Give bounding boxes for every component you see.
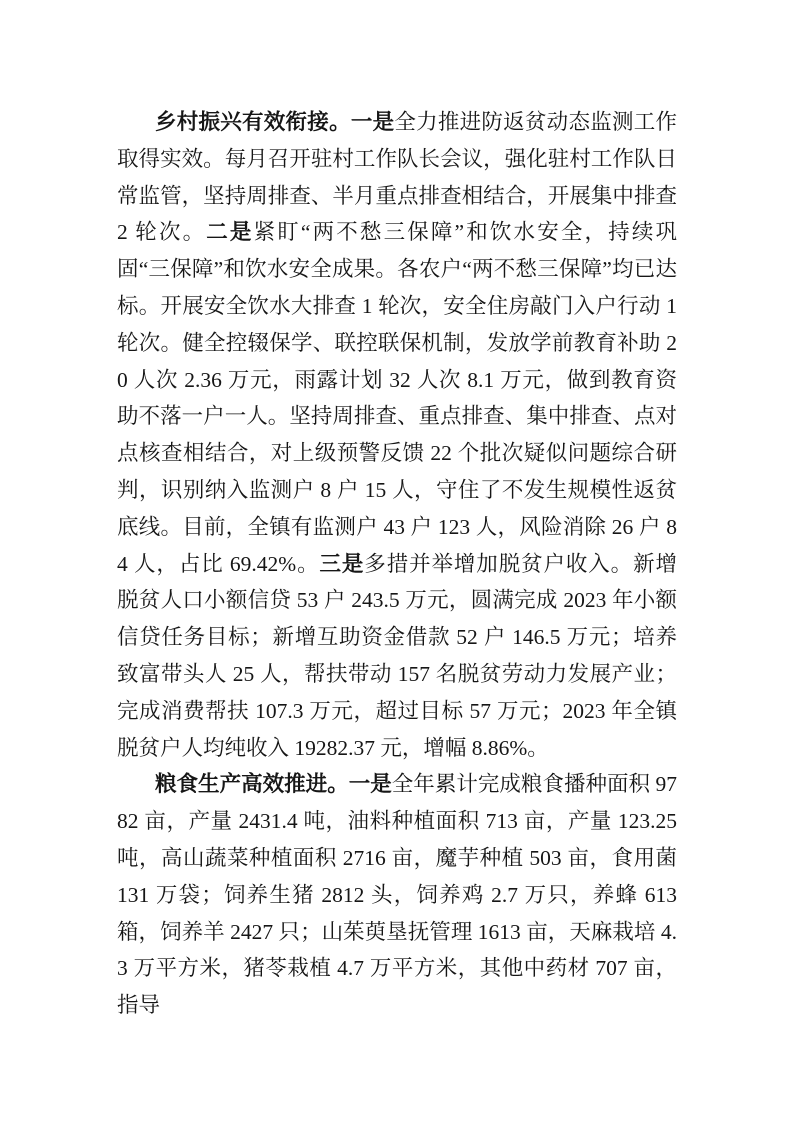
topic-sentence-bold: 乡村振兴有效衔接。	[155, 110, 351, 134]
document-page: 乡村振兴有效衔接。一是全力推进防返贫动态监测工作取得实效。每月召开驻村工作队长会…	[0, 0, 792, 1121]
item-marker-two: 二是	[206, 220, 253, 244]
paragraph-rural-revitalization: 乡村振兴有效衔接。一是全力推进防返贫动态监测工作取得实效。每月召开驻村工作队长会…	[117, 104, 677, 766]
paragraph-grain-production: 粮食生产高效推进。一是全年累计完成粮食播种面积 9782 亩，产量 2431.4…	[117, 766, 677, 1024]
item-marker-one: 一是	[351, 110, 395, 134]
topic-sentence-bold: 粮食生产高效推进。	[155, 772, 349, 796]
body-text-run: 全年累计完成粮食播种面积 9782 亩，产量 2431.4 吨，油料种植面积 7…	[117, 772, 677, 1017]
item-marker-one: 一是	[349, 772, 392, 796]
document-body: 乡村振兴有效衔接。一是全力推进防返贫动态监测工作取得实效。每月召开驻村工作队长会…	[117, 104, 677, 1024]
item-marker-three: 三是	[319, 552, 364, 576]
body-text-run: 紧盯“两不愁三保障”和饮水安全，持续巩固“三保障”和饮水安全成果。各农户“两不愁…	[117, 220, 677, 575]
body-text-run: 多措并举增加脱贫户收入。新增脱贫人口小额信贷 53 户 243.5 万元，圆满完…	[117, 552, 677, 760]
